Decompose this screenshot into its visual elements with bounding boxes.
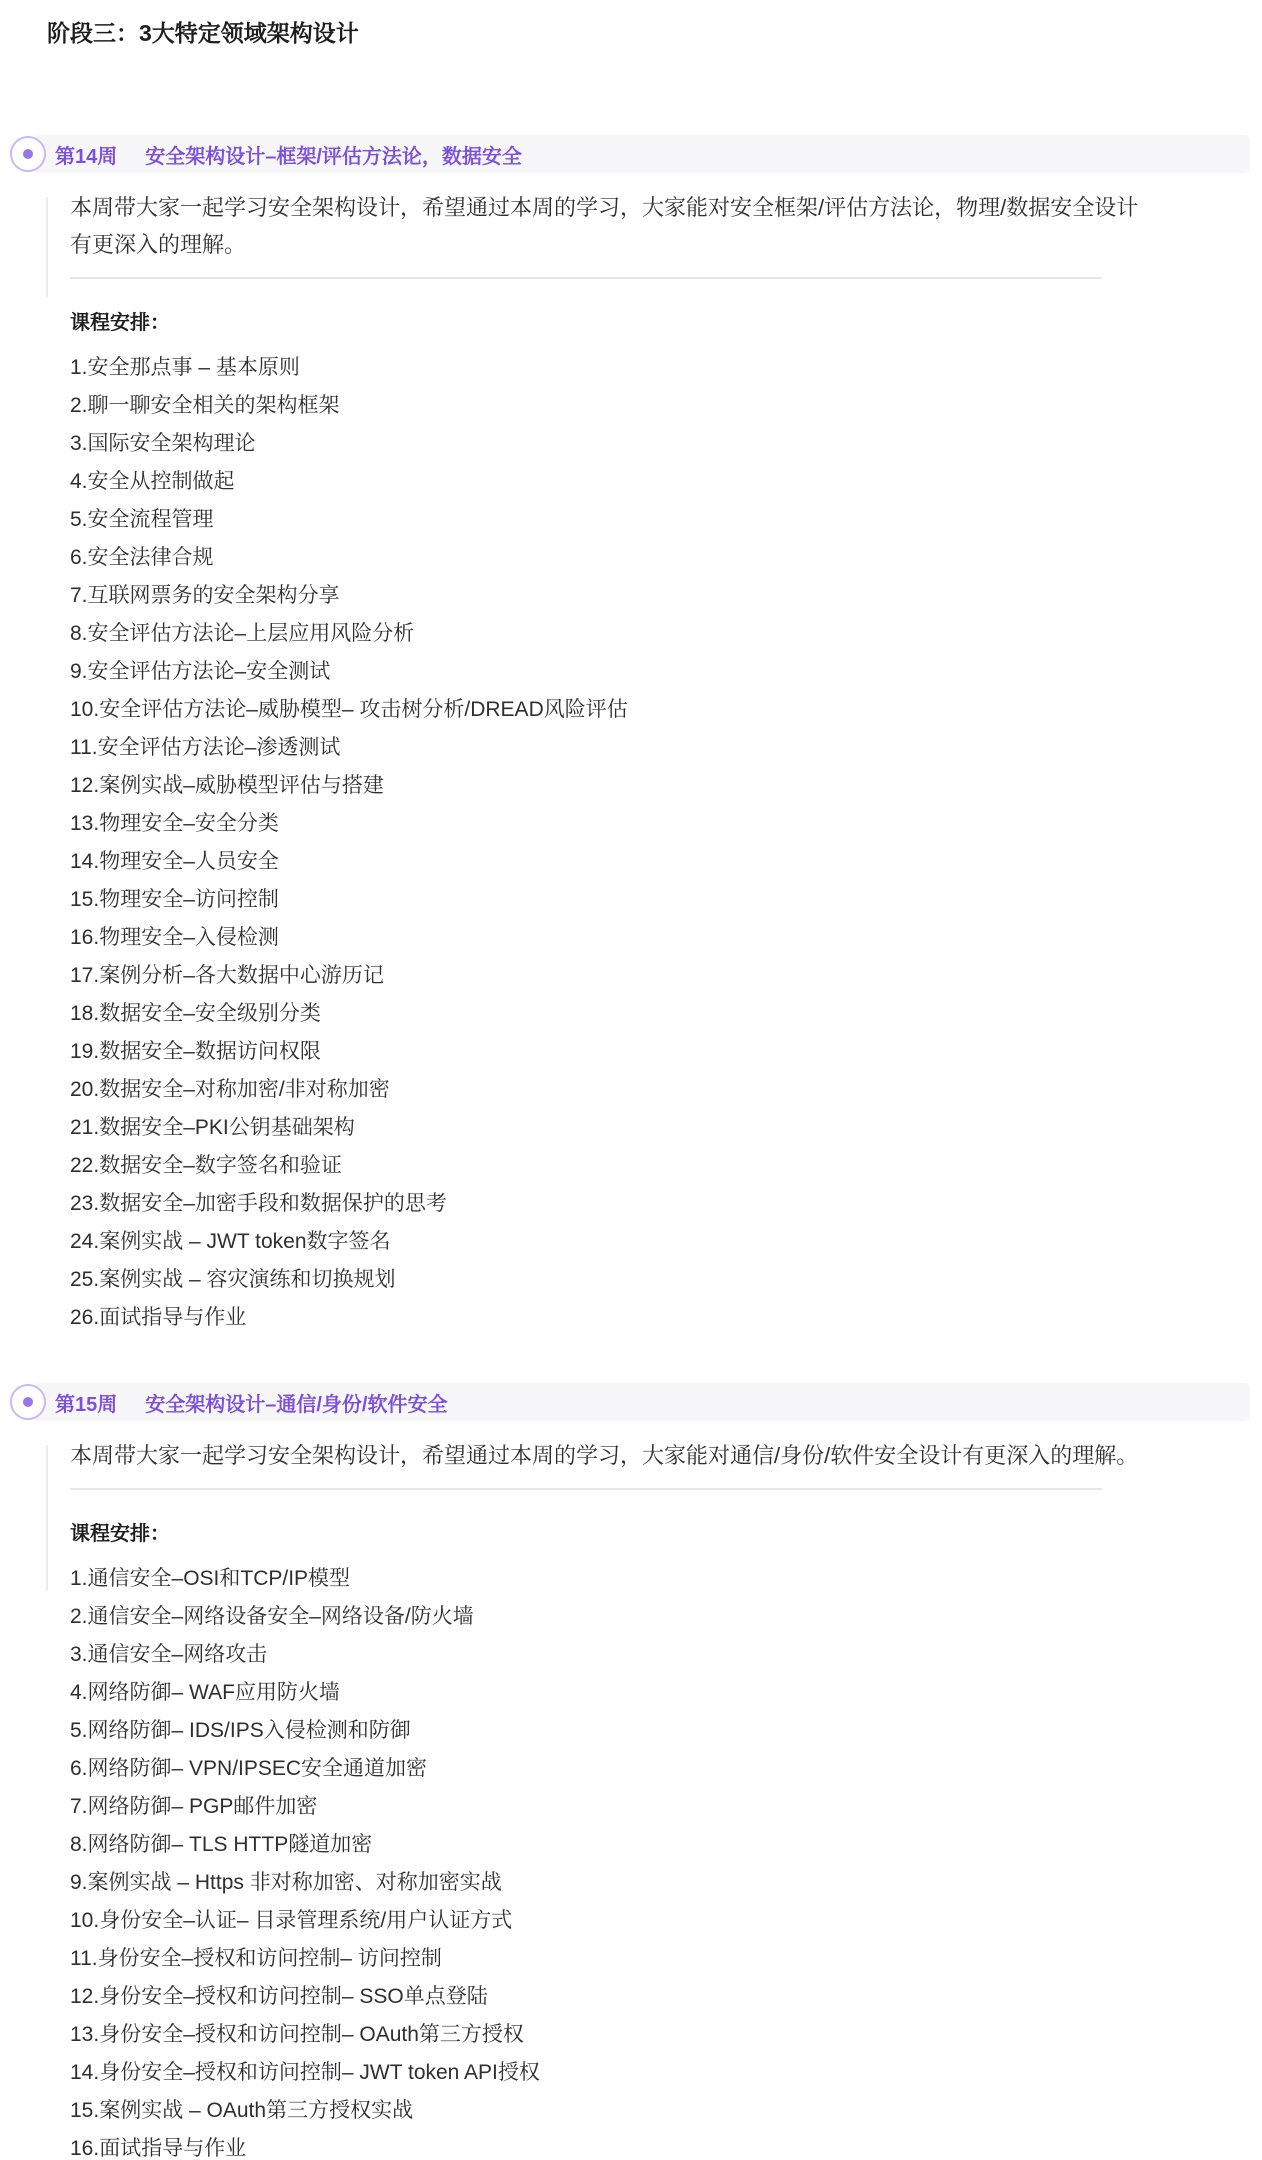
lesson-item: 10.身份安全–认证– 目录管理系统/用户认证方式 [70,1902,1246,1940]
lesson-item: 10.安全评估方法论–威胁模型– 攻击树分析/DREAD风险评估 [70,691,1246,729]
week-section: 第15周 安全架构设计–通信/身份/软件安全 本周带大家一起学习安全架构设计，希… [0,1383,1262,2160]
schedule-heading: 课程安排： [70,311,1246,335]
lesson-item: 26.面试指导与作业 [70,1299,1246,1337]
week-section: 第14周 安全架构设计–框架/评估方法论，数据安全 本周带大家一起学习安全架构设… [0,135,1262,1337]
lesson-item: 12.身份安全–授权和访问控制– SSO单点登陆 [70,1978,1246,2016]
lesson-item: 16.面试指导与作业 [70,2130,1246,2160]
timeline-connector [46,197,48,297]
lesson-item: 4.网络防御– WAF应用防火墙 [70,1674,1246,1712]
lesson-item: 14.物理安全–人员安全 [70,843,1246,881]
lesson-item: 16.物理安全–入侵检测 [70,919,1246,957]
lesson-item: 7.互联网票务的安全架构分享 [70,577,1246,615]
lesson-item: 2.通信安全–网络设备安全–网络设备/防火墙 [70,1598,1246,1636]
lesson-item: 21.数据安全–PKI公钥基础架构 [70,1109,1246,1147]
week-label: 第14周 [55,140,117,169]
target-icon [10,136,46,172]
lesson-item: 5.安全流程管理 [70,501,1246,539]
lesson-item: 24.案例实战 – JWT token数字签名 [70,1223,1246,1261]
lesson-item: 6.网络防御– VPN/IPSEC安全通道加密 [70,1750,1246,1788]
week-header[interactable]: 第15周 安全架构设计–通信/身份/软件安全 [33,1383,1250,1421]
week-body: 本周带大家一起学习安全架构设计，希望通过本周的学习，大家能对安全框架/评估方法论… [70,189,1262,1337]
week-description: 本周带大家一起学习安全架构设计，希望通过本周的学习，大家能对通信/身份/软件安全… [70,1437,1160,1474]
lesson-item: 1.通信安全–OSI和TCP/IP模型 [70,1560,1246,1598]
week-label: 第15周 [55,1388,117,1417]
lesson-item: 23.数据安全–加密手段和数据保护的思考 [70,1185,1246,1223]
target-icon [10,1384,46,1420]
lesson-item: 3.国际安全架构理论 [70,425,1246,463]
section-divider [70,277,1102,279]
lesson-item: 7.网络防御– PGP邮件加密 [70,1788,1246,1826]
lesson-item: 8.安全评估方法论–上层应用风险分析 [70,615,1246,653]
lesson-item: 11.身份安全–授权和访问控制– 访问控制 [70,1940,1246,1978]
lesson-item: 19.数据安全–数据访问权限 [70,1033,1246,1071]
lesson-item: 1.安全那点事 – 基本原则 [70,349,1246,387]
course-syllabus-page: 阶段三：3大特定领域架构设计 第14周 安全架构设计–框架/评估方法论，数据安全… [0,18,1262,2160]
week-title: 安全架构设计–框架/评估方法论，数据安全 [145,140,522,169]
lesson-item: 9.案例实战 – Https 非对称加密、对称加密实战 [70,1864,1246,1902]
lesson-item: 15.案例实战 – OAuth第三方授权实战 [70,2092,1246,2130]
lesson-item: 11.安全评估方法论–渗透测试 [70,729,1246,767]
lesson-item: 6.安全法律合规 [70,539,1246,577]
timeline-connector [46,1445,48,1591]
target-dot-icon [23,1397,33,1407]
lesson-item: 9.安全评估方法论–安全测试 [70,653,1246,691]
lesson-list: 1.通信安全–OSI和TCP/IP模型2.通信安全–网络设备安全–网络设备/防火… [70,1560,1246,2160]
lesson-item: 3.通信安全–网络攻击 [70,1636,1246,1674]
week-body: 本周带大家一起学习安全架构设计，希望通过本周的学习，大家能对通信/身份/软件安全… [70,1437,1262,2160]
lesson-item: 22.数据安全–数字签名和验证 [70,1147,1246,1185]
lesson-item: 20.数据安全–对称加密/非对称加密 [70,1071,1246,1109]
week-header[interactable]: 第14周 安全架构设计–框架/评估方法论，数据安全 [33,135,1250,173]
lesson-item: 25.案例实战 – 容灾演练和切换规划 [70,1261,1246,1299]
weeks-container: 第14周 安全架构设计–框架/评估方法论，数据安全 本周带大家一起学习安全架构设… [0,135,1262,2160]
page-title: 阶段三：3大特定领域架构设计 [47,18,1262,49]
lesson-item: 15.物理安全–访问控制 [70,881,1246,919]
lesson-item: 2.聊一聊安全相关的架构框架 [70,387,1246,425]
lesson-item: 14.身份安全–授权和访问控制– JWT token API授权 [70,2054,1246,2092]
lesson-item: 13.物理安全–安全分类 [70,805,1246,843]
lesson-item: 12.案例实战–威胁模型评估与搭建 [70,767,1246,805]
week-title: 安全架构设计–通信/身份/软件安全 [145,1388,447,1417]
lesson-list: 1.安全那点事 – 基本原则2.聊一聊安全相关的架构框架3.国际安全架构理论4.… [70,349,1246,1337]
lesson-item: 5.网络防御– IDS/IPS入侵检测和防御 [70,1712,1246,1750]
lesson-item: 8.网络防御– TLS HTTP隧道加密 [70,1826,1246,1864]
lesson-item: 18.数据安全–安全级别分类 [70,995,1246,1033]
lesson-item: 4.安全从控制做起 [70,463,1246,501]
schedule-heading: 课程安排： [70,1522,1246,1546]
lesson-item: 17.案例分析–各大数据中心游历记 [70,957,1246,995]
target-dot-icon [23,149,33,159]
section-divider [70,1488,1102,1490]
week-description: 本周带大家一起学习安全架构设计，希望通过本周的学习，大家能对安全框架/评估方法论… [70,189,1160,263]
lesson-item: 13.身份安全–授权和访问控制– OAuth第三方授权 [70,2016,1246,2054]
